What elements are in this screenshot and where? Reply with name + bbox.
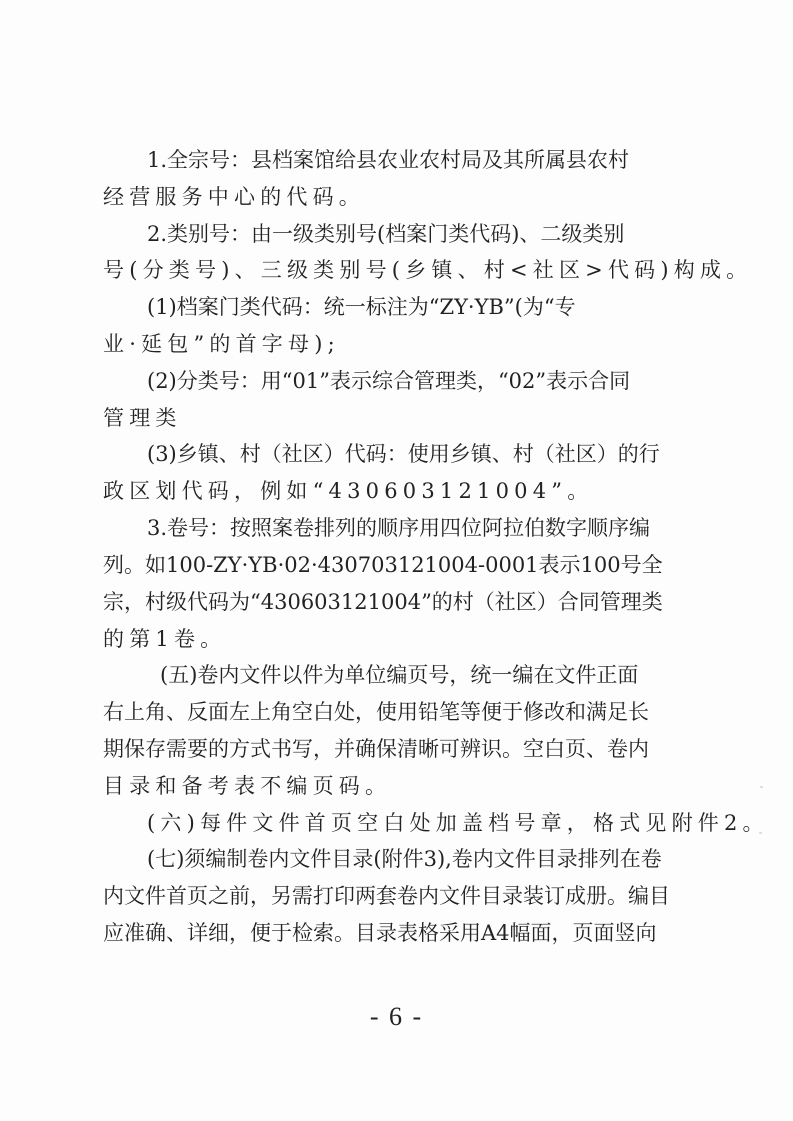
text-line: 2.类别号：由一级类别号(档案门类代码)、二级类别 [147,221,737,247]
text-line: (3)乡镇、村（社区）代码：使用乡镇、村（社区）的行 [147,441,737,467]
text-line: 政区划代码，例如“430603121004”。 [103,478,693,504]
text-line: (六)每件文件首页空白处加盖档号章，格式见附件2。 [147,810,737,836]
text-line: (1)档案门类代码：统一标注为“ZY·YB”(为“专 [147,294,737,320]
page-number: - 6 - [0,1002,793,1032]
text-line: (2)分类号：用“01”表示综合管理类，“02”表示合同 [147,368,737,394]
text-line: 经营服务中心的代码。 [103,184,693,210]
text-line: 的第1卷。 [103,626,693,652]
text-line: 目录和备考表不编页码。 [103,773,693,799]
text-line: 管理类 [103,405,693,431]
text-line: 右上角、反面左上角空白处，使用铅笔等便于修改和满足长 [103,699,693,725]
text-line: 应准确、详细，便于检索。目录表格采用A4幅面，页面竖向 [103,920,693,946]
text-line: 期保存需要的方式书写，并确保清晰可辨识。空白页、卷内 [103,736,693,762]
text-line: 列。如100-ZY·YB·02·430703121004-0001表示100号全 [103,552,693,578]
scan-speck [760,786,763,788]
text-line: 内文件首页之前，另需打印两套卷内文件目录装订成册。编目 [103,883,693,909]
scan-speck [759,832,762,834]
text-line: 宗，村级代码为“430603121004”的村（社区）合同管理类 [103,589,693,615]
document-page: 1.全宗号：县档案馆给县农业农村局及其所属县农村经营服务中心的代码。2.类别号：… [0,0,793,1121]
text-line: 1.全宗号：县档案馆给县农业农村局及其所属县农村 [147,147,737,173]
text-line: 3.卷号：按照案卷排列的顺序用四位阿拉伯数字顺序编 [147,515,737,541]
text-line: (七)须编制卷内文件目录(附件3),卷内文件目录排列在卷 [147,846,737,872]
text-line: 号(分类号)、三级类别号(乡镇、村<社区>代码)构成。 [103,257,693,283]
text-line: 业·延包”的首字母); [103,331,693,357]
text-line: (五)卷内文件以件为单位编页号，统一编在文件正面 [160,662,750,688]
